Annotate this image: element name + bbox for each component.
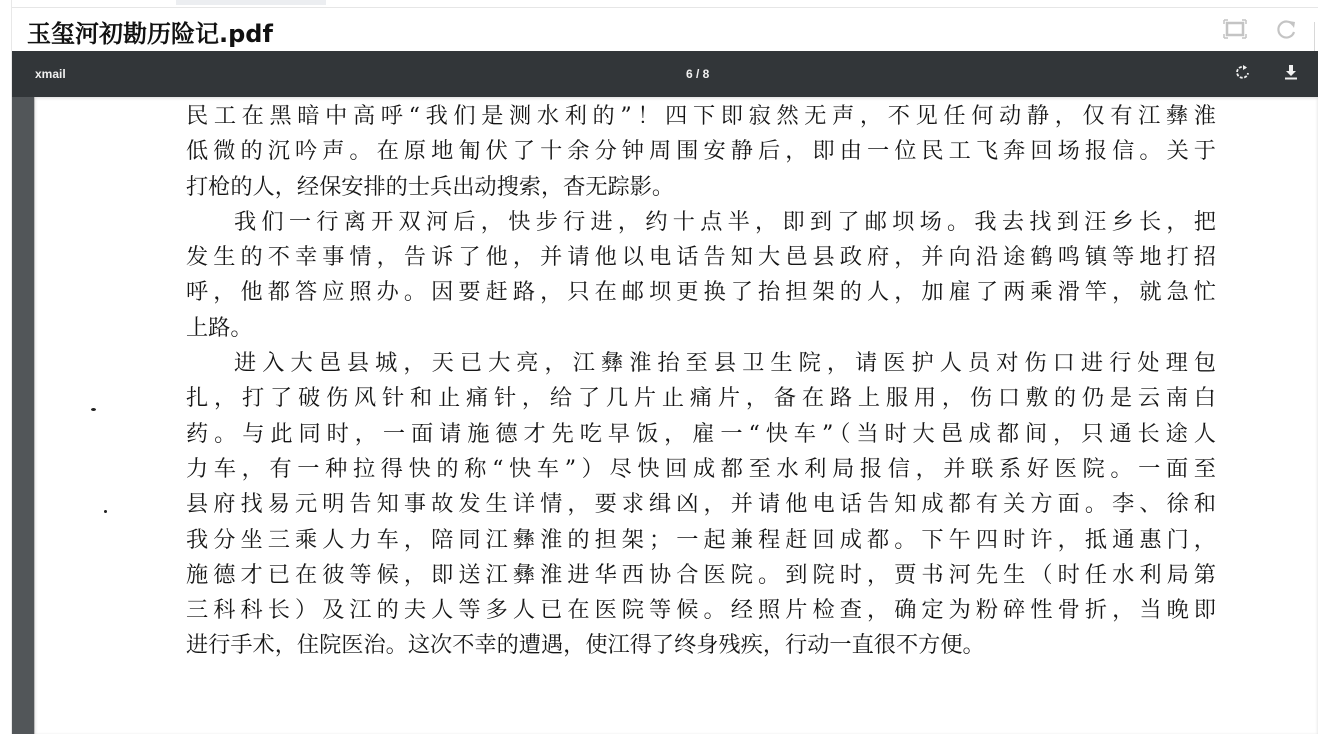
left-gutter [0,0,12,734]
download-button[interactable] [1280,63,1302,85]
rotate-button[interactable] [1232,63,1254,85]
file-title: 玉玺河初勘历险记.pdf [27,14,273,49]
title-bar: 玉玺河初勘历险记.pdf [12,8,1318,51]
browser-tab[interactable] [176,0,326,5]
scan-speck [104,510,107,513]
text-line: 扎，打了破伤风针和止痛针，给了几片止痛片，备在路上服用，伤口敷的仍是云南白 [186,381,1216,416]
text-line: 呼，他都答应照办。因要赶路，只在邮坝更换了抬担架的人，加雇了两乘滑竿，就急忙 [186,275,1216,310]
text-line: 民工在黑暗中高呼“我们是测水利的”！四下即寂然无声，不见任何动静，仅有江彝淮 [186,99,1216,134]
text-line: 县府找易元明告知事故发生详情，要求缉凶，并请他电话告知成都有关方面。李、徐和 [186,487,1216,522]
refresh-icon[interactable] [1274,16,1300,42]
text-line: 上路。 [186,311,1216,346]
scan-speck [91,408,96,411]
page-counter: 6 / 8 [686,67,709,81]
pdf-toolbar: xmail 6 / 8 [12,51,1318,97]
text-line: 进行手术，住院医治。这次不幸的遭遇，使江得了终身残疾，行动一直很不方便。 [186,628,1216,663]
text-line: 打枪的人，经保安排的士兵出动搜索，杳无踪影。 [186,170,1216,205]
window-edge [1314,22,1318,52]
viewer-background [12,97,34,734]
text-line: 我分坐三乘人力车，陪同江彝淮的担架；一起兼程赶回成都。下午四时许，抵通惠门， [186,523,1216,558]
pdf-viewer[interactable]: 民工在黑暗中高呼“我们是测水利的”！四下即寂然无声，不见任何动静，仅有江彝淮 低… [12,97,1318,734]
text-line: 力车，有一种拉得快的称“快车”）尽快回成都至水利局报信，并联系好医院。一面至 [186,452,1216,487]
title-icons [1222,16,1300,42]
text-line: 进入大邑县城，天已大亮，江彝淮抬至县卫生院，请医护人员对伤口进行处理包 [186,346,1216,381]
toolbar-title: xmail [35,67,66,81]
text-line: 药。与此同时，一面请施德才先吃早饭，雇一“快车”（当时大邑成都间，只通长途人 [186,417,1216,452]
browser-top-strip [0,0,1318,8]
rotate-icon [1235,64,1251,84]
text-line: 发生的不幸事情，告诉了他，并请他以电话告知大邑县政府，并向沿途鹤鸣镇等地打招 [186,240,1216,275]
text-line: 施德才已在彼等候，即送江彝淮进华西协合医院。到院时，贾书河先生（时任水利局第 [186,558,1216,593]
download-icon [1284,64,1298,84]
text-line: 三科科长）及江的夫人等多人已在医院等候。经照片检查，确定为粉碎性骨折，当晚即 [186,593,1216,628]
text-line: 我们一行离开双河后，快步行进，约十点半，即到了邮坝场。我去找到汪乡长，把 [186,205,1216,240]
text-line: 低微的沉吟声。在原地匍伏了十余分钟周围安静后，即由一位民工飞奔回场报信。关于 [186,134,1216,169]
fullscreen-icon[interactable] [1222,16,1248,42]
page-text: 民工在黑暗中高呼“我们是测水利的”！四下即寂然无声，不见任何动静，仅有江彝淮 低… [186,99,1216,664]
pdf-page: 民工在黑暗中高呼“我们是测水利的”！四下即寂然无声，不见任何动静，仅有江彝淮 低… [35,97,1318,734]
